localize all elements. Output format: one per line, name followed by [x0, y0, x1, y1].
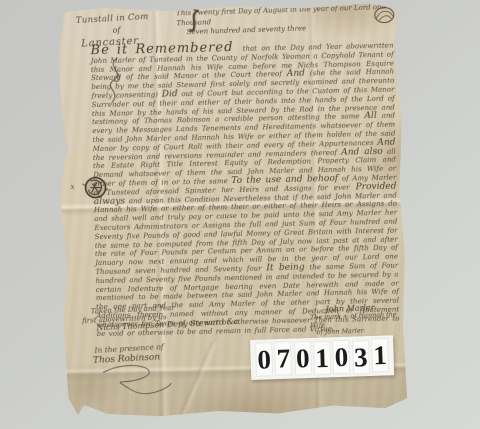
dateline: This Twenty first Day of August in the y… [176, 2, 405, 37]
signature-flourish-icon [97, 361, 176, 402]
body-segment-emphasis: All [364, 111, 377, 121]
archive-number-label: 0 7 0 1 0 3 1 [250, 335, 394, 380]
body-segment-emphasis: And [287, 69, 305, 79]
label-digit: 0 [255, 342, 273, 377]
label-digit: 3 [352, 340, 370, 375]
label-digit: 7 [274, 341, 292, 376]
ink-doodle-icon [372, 5, 396, 25]
photo-of-manuscript: Tunstall in Com of Lancaster } This Twen… [0, 0, 480, 429]
label-digit: 0 [332, 340, 350, 375]
label-digit: 1 [371, 338, 389, 373]
label-digit: 0 [294, 341, 312, 376]
ink-mark: x [70, 183, 74, 191]
body-segment-emphasis: Did [162, 89, 178, 99]
label-digit: 1 [313, 341, 331, 376]
deed-body-text: Be it Remembered that on the Day and Yea… [90, 40, 399, 338]
party-signature-block: John Marler The mark + of Hannah the Wif… [310, 303, 409, 338]
